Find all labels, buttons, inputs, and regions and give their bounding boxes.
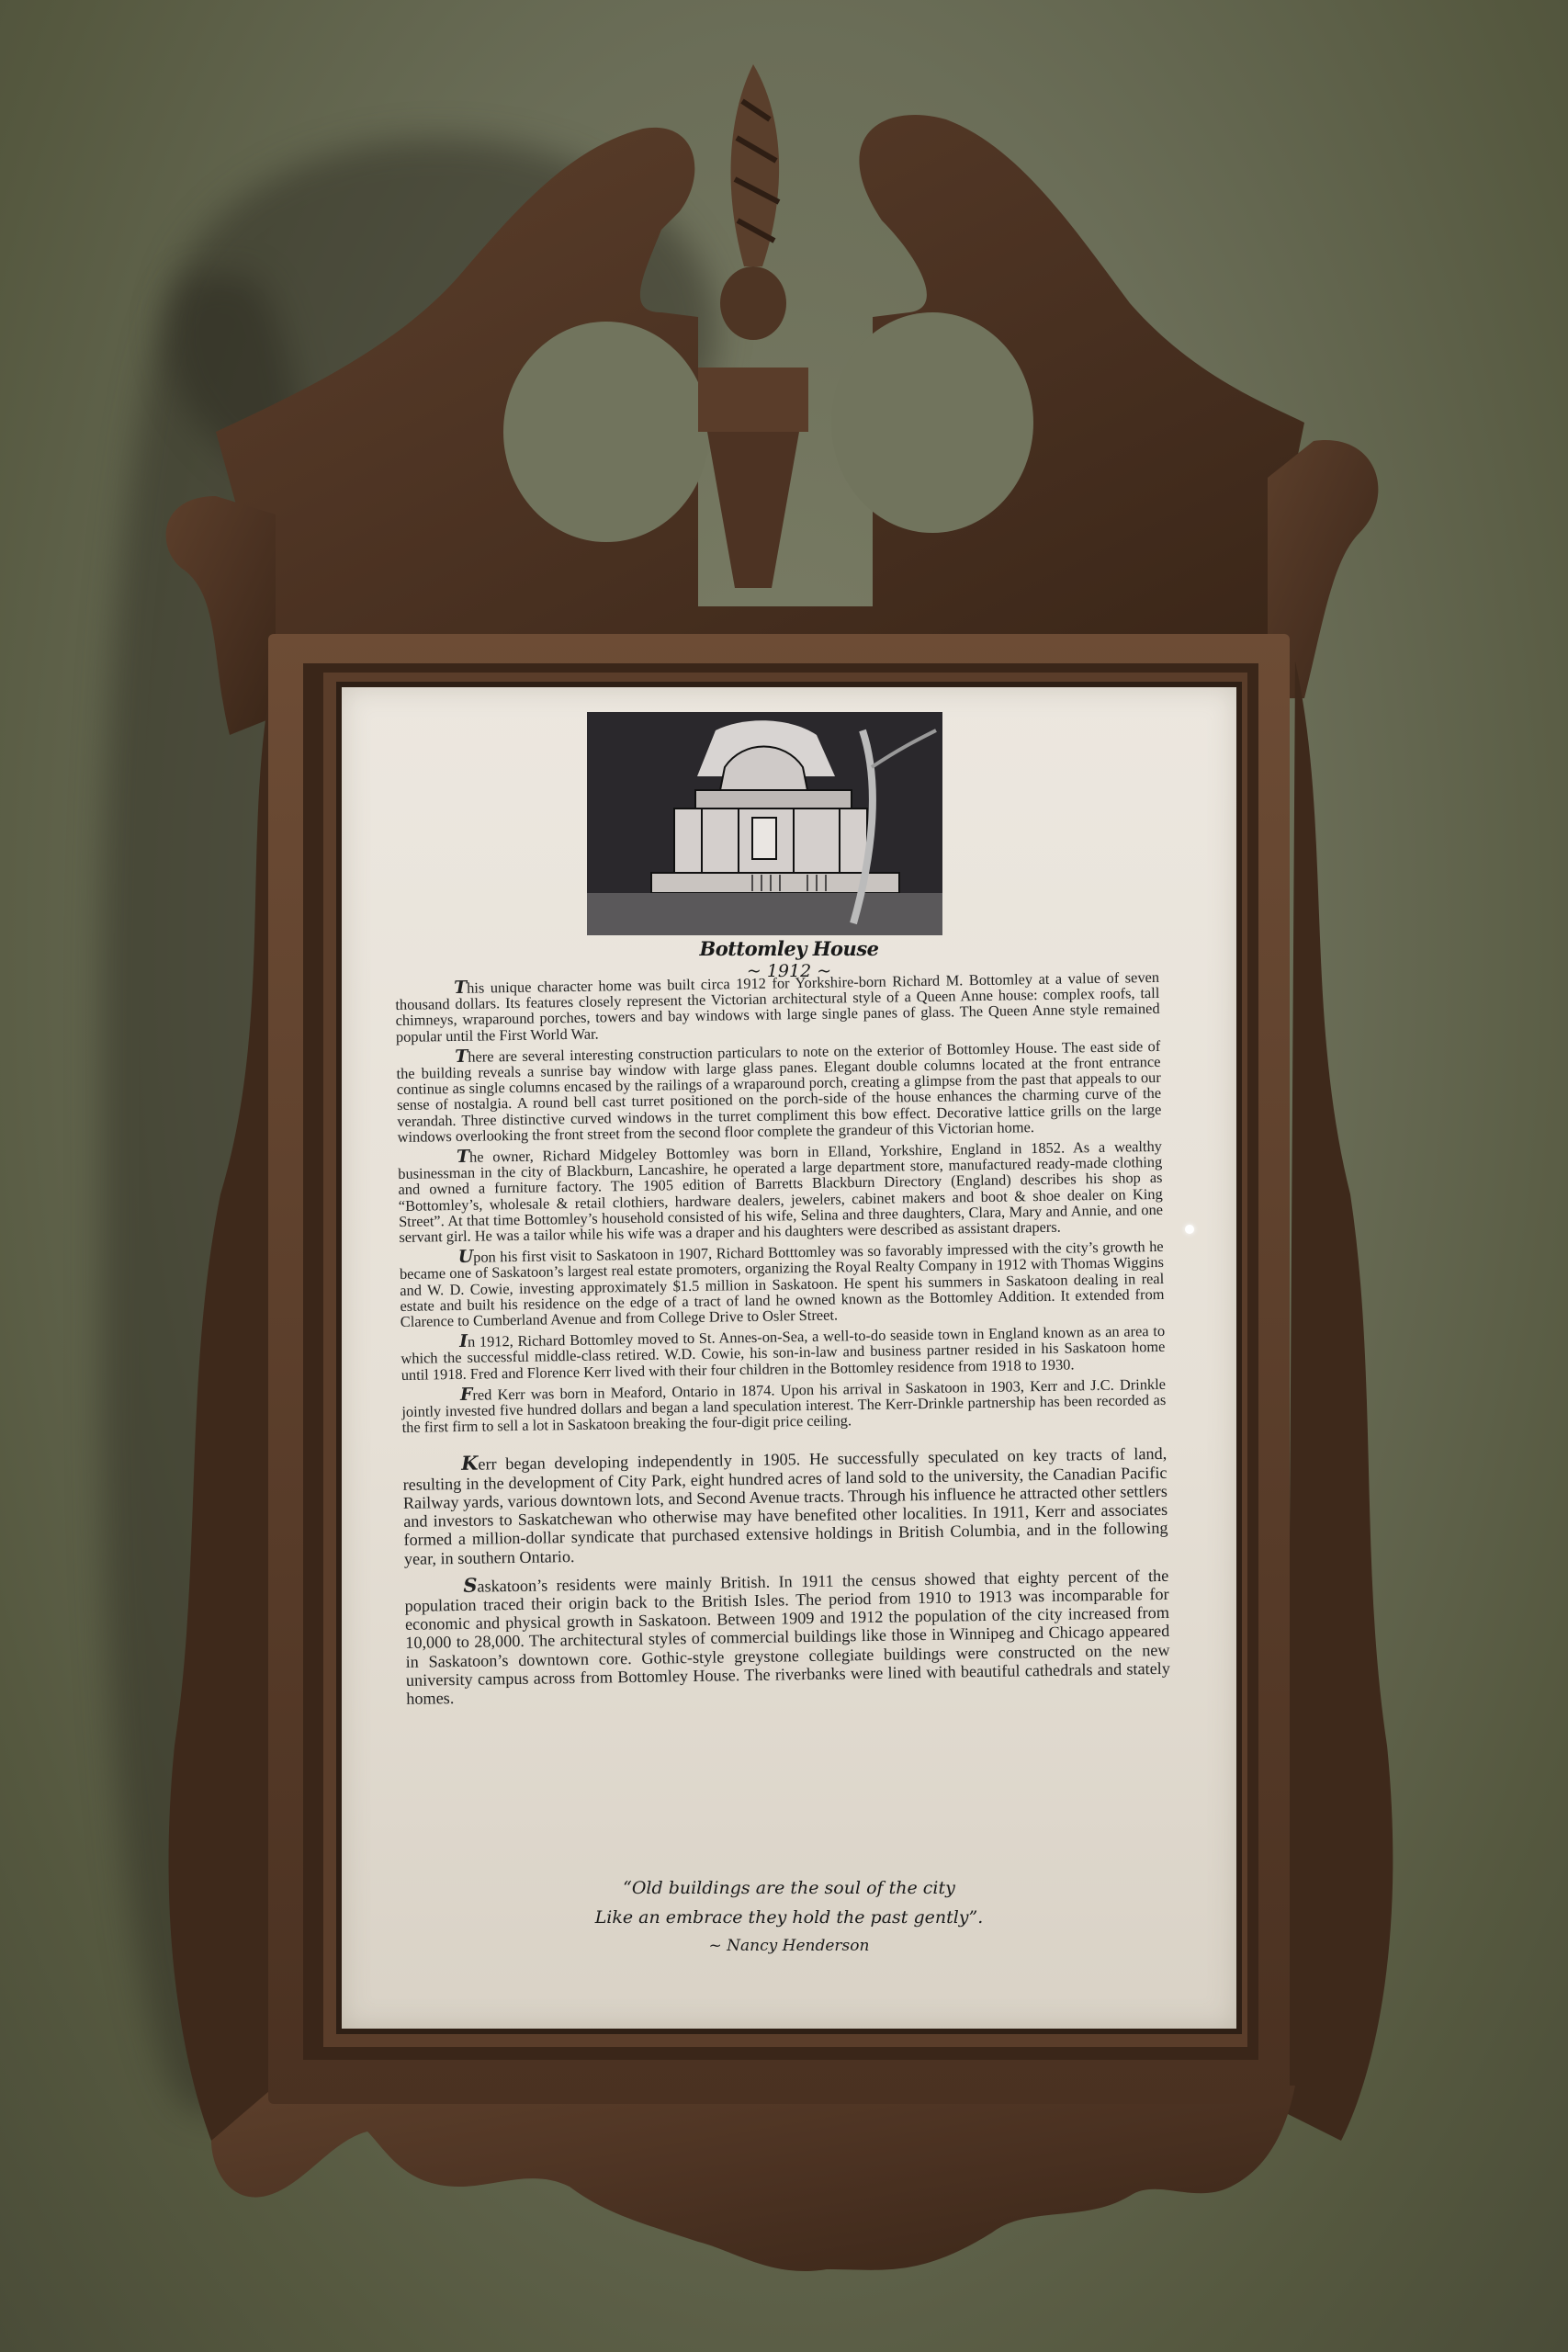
quote-attribution: ~ Nancy Henderson [342,1937,1236,1955]
paragraph-7: Kerr began developing independently in 1… [402,1443,1168,1567]
quote-line-2: Like an embrace they hold the past gentl… [342,1907,1236,1928]
paragraph-5: In 1912, Richard Bottomley moved to St. … [400,1323,1166,1383]
paragraph-3: The owner, Richard Midgeley Bottomley wa… [398,1138,1164,1245]
quote-line-1: “Old buildings are the soul of the city [342,1878,1236,1898]
plaque-title: Bottomley House [342,937,1236,960]
paragraph-6: Fred Kerr was born in Meaford, Ontario i… [401,1376,1167,1436]
plaque-body: This unique character home was built cir… [395,969,1170,1717]
paragraph-8: Saskatoon’s residents were mainly Britis… [404,1566,1170,1708]
left-side-apron [169,661,276,2141]
heritage-plaque: Bottomley House ~ 1912 ~ This unique cha… [342,687,1236,2029]
left-scroll [166,496,276,735]
crest-cutout-right [831,312,1033,533]
right-side-apron [1286,661,1393,2141]
bottom-apron [211,2086,1295,2271]
light-reflection [1185,1225,1194,1234]
crest-cutout-left [503,322,709,542]
house-sketch-image [587,712,942,935]
finial [698,64,808,588]
paragraph-2: There are several interesting constructi… [396,1038,1162,1145]
paragraph-4: Upon his first visit to Saskatoon in 190… [400,1238,1165,1329]
paragraph-1: This unique character home was built cir… [395,969,1160,1045]
